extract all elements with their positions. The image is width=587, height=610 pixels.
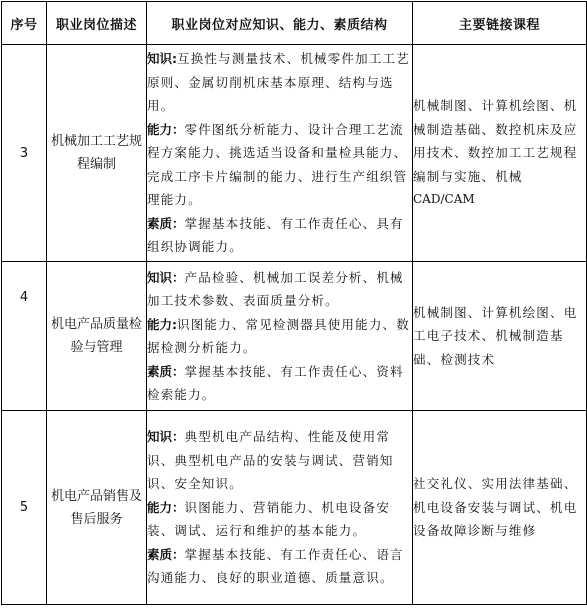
courses-text: 社交礼仪、实用法律基础、机电设备安装与调试、机电设备故障诊断与维修 [413,476,577,538]
table-row: 3 机械加工工艺规程编制 知识:互换性与测量技术、机械零件加工工艺原则、金属切削… [2,45,587,262]
knowledge-text: 典型机电产品结构、性能及使用常识、典型机电产品的安装与调试、营销知识、安全知识。 [147,429,394,491]
quality-paragraph: 素质：掌握基本技能、有工作责任心、语言沟通能力、良好的职业道德、质量意识。 [147,543,412,590]
quality-paragraph: 素质：掌握基本技能、有工作责任心、具有组织协调能力。 [147,212,412,259]
table-row: 4 机电产品质量检验与管理 知识：产品检验、机械加工误差分析、机械加工技术参数、… [2,262,587,411]
row-number: 3 [2,45,47,262]
knowledge-text: 产品检验、机械加工误差分析、机械加工技术参数、表面质量分析。 [147,270,404,309]
header-linked-courses: 主要链接课程 [413,2,587,45]
knowledge-paragraph: 知识：典型机电产品结构、性能及使用常识、典型机电产品的安装与调试、营销知识、安全… [147,425,412,496]
row-number: 4 [2,262,47,411]
knowledge-label: 知识 [147,429,172,444]
competency-structure: 知识:互换性与测量技术、机械零件加工工艺原则、金属切削机床基本原理、结构与选用。… [147,45,413,262]
linked-courses: 社交礼仪、实用法律基础、机电设备安装与调试、机电设备故障诊断与维修 [413,411,587,605]
header-job-description: 职业岗位描述 [47,2,147,45]
knowledge-paragraph: 知识:互换性与测量技术、机械零件加工工艺原则、金属切削机床基本原理、结构与选用。 [147,47,412,118]
job-description: 机电产品销售及售后服务 [47,411,147,605]
ability-label: 能力 [147,317,172,332]
quality-text: 掌握基本技能、有工作责任心、语言沟通能力、良好的职业道德、质量意识。 [147,547,404,586]
linked-courses: 机械制图、计算机绘图、机械制造基础、数控机床及应用技术、数控加工工艺规程编制与实… [413,45,587,262]
knowledge-label: 知识 [147,270,172,285]
quality-text: 掌握基本技能、有工作责任心、资料检索能力。 [147,364,404,403]
quality-label: 素质 [147,364,172,379]
courses-tail: CAD/CAM [413,188,586,212]
ability-paragraph: 能力:识图能力、常见检测器具使用能力、数据检测分析能力。 [147,313,412,360]
linked-courses: 机械制图、计算机绘图、电工电子技术、机械制造基础、检测技术 [413,262,587,411]
competency-structure: 知识：典型机电产品结构、性能及使用常识、典型机电产品的安装与调试、营销知识、安全… [147,411,413,605]
knowledge-label: 知识 [147,51,172,66]
courses-text: 机械制图、计算机绘图、电工电子技术、机械制造基础、检测技术 [413,305,577,367]
ability-text: 识图能力、常见检测器具使用能力、数据检测分析能力。 [147,317,410,356]
quality-label: 素质 [147,216,172,231]
ability-text: 零件图纸分析能力、设计合理工艺流程方案能力、挑选适当设备和量检具能力、完成工序卡… [147,122,407,208]
quality-text: 掌握基本技能、有工作责任心、具有组织协调能力。 [147,216,404,255]
job-description: 机械加工工艺规程编制 [47,45,147,262]
quality-label: 素质 [147,547,172,562]
knowledge-paragraph: 知识：产品检验、机械加工误差分析、机械加工技术参数、表面质量分析。 [147,266,412,313]
job-competency-table: 序号 职业岗位描述 职业岗位对应知识、能力、素质结构 主要链接课程 3 机械加工… [1,1,587,605]
ability-label: 能力 [147,500,172,515]
table-row: 5 机电产品销售及售后服务 知识：典型机电产品结构、性能及使用常识、典型机电产品… [2,411,587,605]
knowledge-text: 互换性与测量技术、机械零件加工工艺原则、金属切削机床基本原理、结构与选用。 [147,51,410,113]
row-number: 5 [2,411,47,605]
courses-text: 机械制图、计算机绘图、机械制造基础、数控机床及应用技术、数控加工工艺规程编制与实… [413,98,577,184]
quality-paragraph: 素质：掌握基本技能、有工作责任心、资料检索能力。 [147,360,412,407]
competency-structure: 知识：产品检验、机械加工误差分析、机械加工技术参数、表面质量分析。 能力:识图能… [147,262,413,411]
table-header-row: 序号 职业岗位描述 职业岗位对应知识、能力、素质结构 主要链接课程 [2,2,587,45]
ability-label: 能力 [147,122,172,137]
header-number: 序号 [2,2,47,45]
header-competency-structure: 职业岗位对应知识、能力、素质结构 [147,2,413,45]
ability-paragraph: 能力：识图能力、营销能力、机电设备安装、调试、运行和维护的基本能力。 [147,496,412,543]
job-description: 机电产品质量检验与管理 [47,262,147,411]
ability-paragraph: 能力：零件图纸分析能力、设计合理工艺流程方案能力、挑选适当设备和量检具能力、完成… [147,118,412,212]
